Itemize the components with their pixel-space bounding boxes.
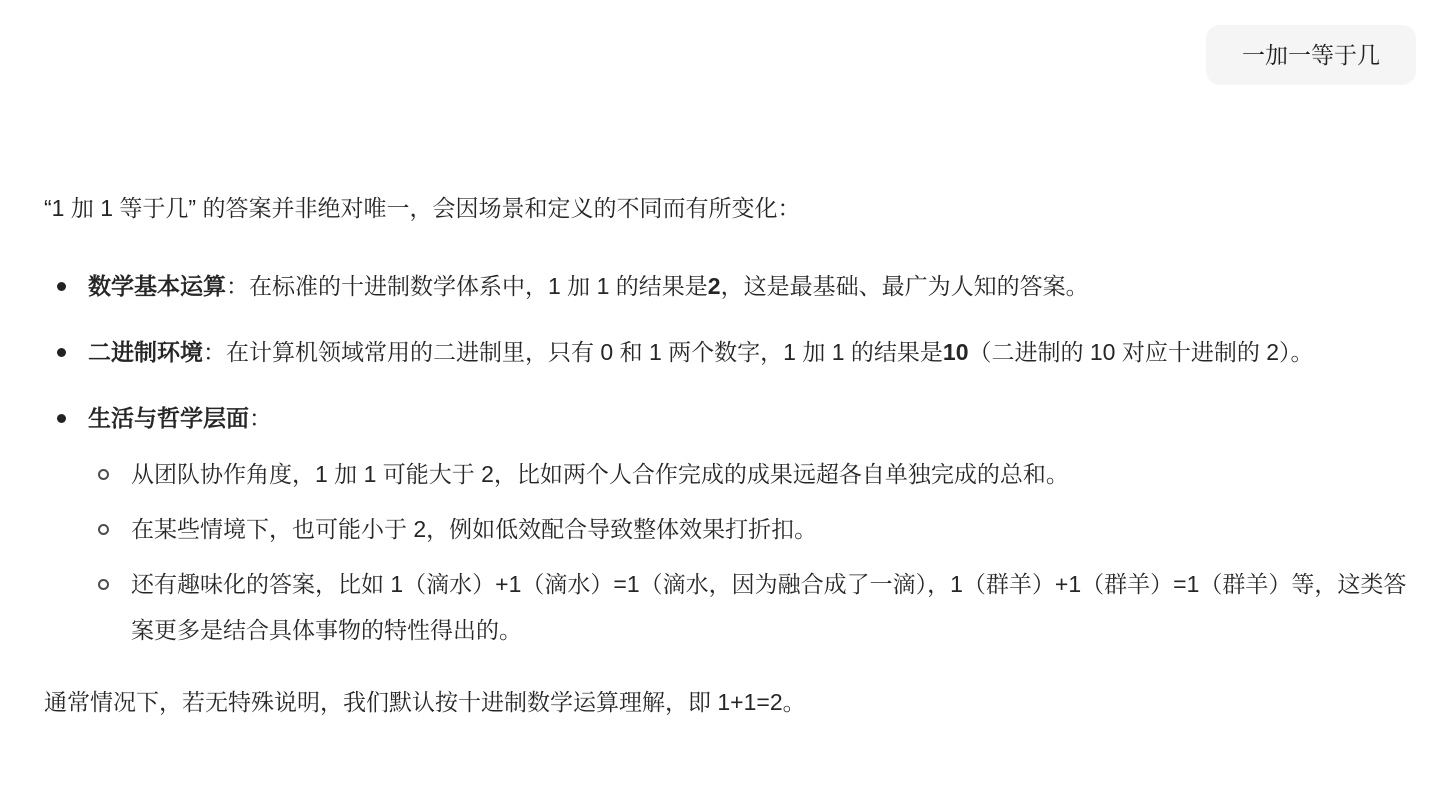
sub-item-less-than: 在某些情境下，也可能小于 2，例如低效配合导致整体效果打折扣。 (88, 506, 1412, 552)
bullet-disc-icon (57, 282, 66, 291)
text-segment: ，这是最基础、最广为人知的答案。 (721, 273, 1089, 299)
term-life-philosophy: 生活与哲学层面 (88, 405, 249, 431)
sub-item-text: 还有趣味化的答案，比如 1（滴水）+1（滴水）=1（滴水，因为融合成了一滴），1… (131, 571, 1406, 643)
term-math: 数学基本运算 (88, 273, 226, 299)
bullet-disc-icon (57, 414, 66, 423)
term-binary: 二进制环境 (88, 339, 203, 365)
text-segment: ： (249, 405, 272, 431)
bullet-circle-icon (98, 524, 109, 535)
chat-conversation: 一加一等于几 “1 加 1 等于几” 的答案并非绝对唯一，会因场景和定义的不同而… (0, 0, 1456, 801)
text-segment: ：在计算机领域常用的二进制里，只有 0 和 1 两个数字，1 加 1 的结果是 (203, 339, 943, 365)
answer-list: 数学基本运算：在标准的十进制数学体系中，1 加 1 的结果是2，这是最基础、最广… (44, 263, 1412, 653)
sub-item-teamwork: 从团队协作角度，1 加 1 可能大于 2，比如两个人合作完成的成果远超各自单独完… (88, 451, 1412, 497)
bullet-disc-icon (57, 348, 66, 357)
bold-value: 10 (943, 339, 969, 365)
text-segment: ：在标准的十进制数学体系中，1 加 1 的结果是 (226, 273, 708, 299)
user-message-bubble: 一加一等于几 (1206, 25, 1416, 85)
sub-item-fun-answers: 还有趣味化的答案，比如 1（滴水）+1（滴水）=1（滴水，因为融合成了一滴），1… (88, 561, 1412, 653)
user-message-text: 一加一等于几 (1242, 42, 1380, 68)
sub-item-text: 在某些情境下，也可能小于 2，例如低效配合导致整体效果打折扣。 (131, 516, 817, 542)
bullet-circle-icon (98, 579, 109, 590)
text-segment: （二进制的 10 对应十进制的 2）。 (969, 339, 1314, 365)
user-message-row: 一加一等于几 (0, 0, 1456, 85)
assistant-message: “1 加 1 等于几” 的答案并非绝对唯一，会因场景和定义的不同而有所变化： 数… (44, 185, 1412, 725)
bold-value: 2 (708, 273, 721, 299)
intro-paragraph: “1 加 1 等于几” 的答案并非绝对唯一，会因场景和定义的不同而有所变化： (44, 185, 1412, 231)
bullet-circle-icon (98, 469, 109, 480)
list-item-life-philosophy: 生活与哲学层面： 从团队协作角度，1 加 1 可能大于 2，比如两个人合作完成的… (44, 395, 1412, 653)
list-item-binary: 二进制环境：在计算机领域常用的二进制里，只有 0 和 1 两个数字，1 加 1 … (44, 329, 1412, 375)
sub-answer-list: 从团队协作角度，1 加 1 可能大于 2，比如两个人合作完成的成果远超各自单独完… (88, 451, 1412, 653)
closing-paragraph: 通常情况下，若无特殊说明，我们默认按十进制数学运算理解，即 1+1=2。 (44, 679, 1412, 725)
list-item-math: 数学基本运算：在标准的十进制数学体系中，1 加 1 的结果是2，这是最基础、最广… (44, 263, 1412, 309)
sub-item-text: 从团队协作角度，1 加 1 可能大于 2，比如两个人合作完成的成果远超各自单独完… (131, 461, 1069, 487)
